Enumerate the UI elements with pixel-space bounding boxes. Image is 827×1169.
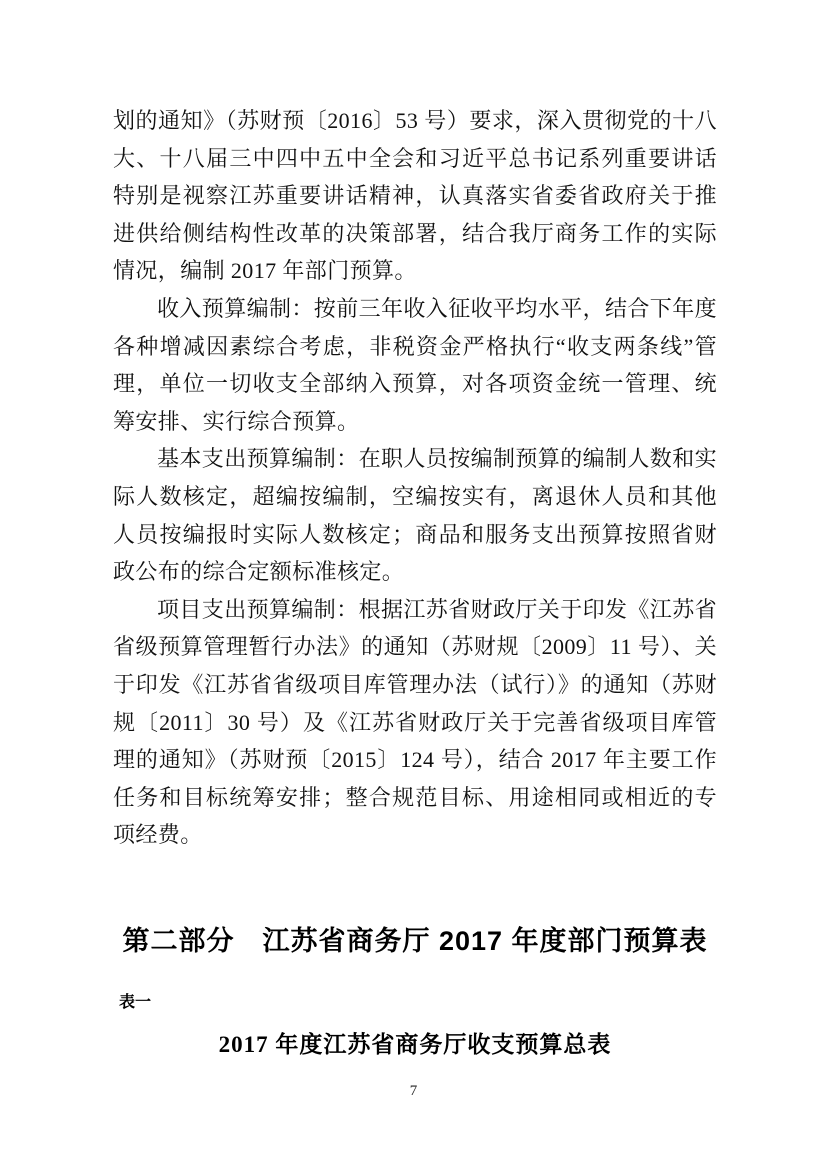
- page-number: 7: [0, 1082, 827, 1100]
- body-paragraph-project-expenditure: 项目支出预算编制：根据江苏省财政厅关于印发《江苏省省级预算管理暂行办法》的通知（…: [113, 591, 717, 854]
- table-label: 表一: [119, 993, 717, 1013]
- page-content: 划的通知》（苏财预〔2016〕53 号）要求，深入贯彻党的十八大、十八届三中四中…: [113, 102, 717, 1060]
- body-paragraph-income-budget: 收入预算编制：按前三年收入征收平均水平，结合下年度各种增减因素综合考虑，非税资金…: [113, 290, 717, 440]
- section-heading: 第二部分 江苏省商务厅 2017 年度部门预算表: [113, 921, 717, 961]
- body-paragraph-continuation: 划的通知》（苏财预〔2016〕53 号）要求，深入贯彻党的十八大、十八届三中四中…: [113, 102, 717, 290]
- body-paragraph-basic-expenditure: 基本支出预算编制：在职人员按编制预算的编制人数和实际人数核定，超编按编制，空编按…: [113, 440, 717, 590]
- document-page: 划的通知》（苏财预〔2016〕53 号）要求，深入贯彻党的十八大、十八届三中四中…: [0, 0, 827, 1169]
- table-title: 2017 年度江苏省商务厅收支预算总表: [113, 1030, 717, 1060]
